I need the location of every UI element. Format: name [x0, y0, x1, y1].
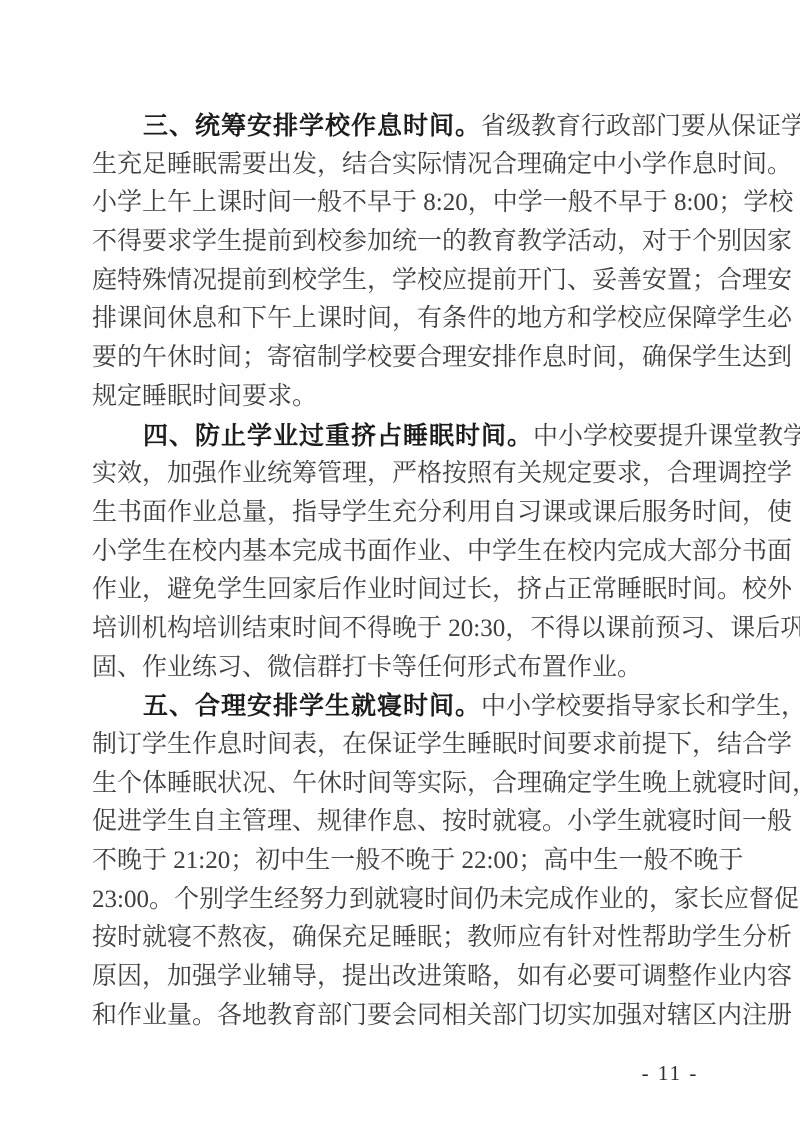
body-line: 小学生在校内基本完成书面作业、中学生在校内完成大部分书面	[92, 533, 710, 572]
section-4-heading-line: 四、防止学业过重挤占睡眠时间。中小学校要提升课堂教学	[92, 417, 710, 456]
section-4: 四、防止学业过重挤占睡眠时间。中小学校要提升课堂教学 实效，加强作业统筹管理，严…	[92, 417, 710, 688]
body-line: 按时就寝不熬夜，确保充足睡眠；教师应有针对性帮助学生分析	[92, 919, 710, 958]
body-line: 庭特殊情况提前到校学生，学校应提前开门、妥善安置；合理安	[92, 262, 710, 301]
section-3: 三、统筹安排学校作息时间。省级教育行政部门要从保证学 生充足睡眠需要出发，结合实…	[92, 107, 710, 417]
body-line: 要的午休时间；寄宿制学校要合理安排作息时间，确保学生达到	[92, 339, 710, 378]
body-line: 规定睡眠时间要求。	[92, 378, 710, 417]
body-line: 制订学生作息时间表，在保证学生睡眠时间要求前提下，结合学	[92, 726, 710, 765]
section-5-heading: 五、合理安排学生就寝时间。	[143, 692, 481, 720]
body-line: 和作业量。各地教育部门要会同相关部门切实加强对辖区内注册	[92, 997, 710, 1036]
scanned-document-page: 三、统筹安排学校作息时间。省级教育行政部门要从保证学 生充足睡眠需要出发，结合实…	[0, 0, 800, 1131]
section-3-heading: 三、统筹安排学校作息时间。	[143, 112, 481, 140]
body-line: 生个体睡眠状况、午休时间等实际，合理确定学生晚上就寝时间，	[92, 765, 710, 804]
section-3-heading-line: 三、统筹安排学校作息时间。省级教育行政部门要从保证学	[92, 107, 710, 146]
body-line: 23:00。个别学生经努力到就寝时间仍未完成作业的，家长应督促	[92, 881, 710, 920]
body-line: 培训机构培训结束时间不得晚于 20:30，不得以课前预习、课后巩	[92, 610, 710, 649]
body-line: 排课间休息和下午上课时间，有条件的地方和学校应保障学生必	[92, 300, 710, 339]
section-3-heading-rest: 省级教育行政部门要从保证学	[481, 113, 800, 140]
body-line: 不晚于 21:20；初中生一般不晚于 22:00；高中生一般不晚于	[92, 842, 710, 881]
section-5: 五、合理安排学生就寝时间。中小学校要指导家长和学生， 制订学生作息时间表，在保证…	[92, 687, 710, 1035]
body-line: 原因，加强学业辅导，提出改进策略，如有必要可调整作业内容	[92, 958, 710, 997]
section-5-heading-line: 五、合理安排学生就寝时间。中小学校要指导家长和学生，	[92, 687, 710, 726]
body-line: 生书面作业总量，指导学生充分利用自习课或课后服务时间，使	[92, 494, 710, 533]
body-line: 不得要求学生提前到校参加统一的教育教学活动，对于个别因家	[92, 223, 710, 262]
body-line: 促进学生自主管理、规律作息、按时就寝。小学生就寝时间一般	[92, 803, 710, 842]
section-4-heading-rest: 中小学校要提升课堂教学	[533, 423, 800, 450]
body-line: 小学上午上课时间一般不早于 8:20，中学一般不早于 8:00；学校	[92, 184, 710, 223]
body-line: 实效，加强作业统筹管理，严格按照有关规定要求，合理调控学	[92, 455, 710, 494]
page-number: - 11 -	[640, 1061, 700, 1086]
section-4-heading: 四、防止学业过重挤占睡眠时间。	[143, 422, 533, 450]
body-line: 固、作业练习、微信群打卡等任何形式布置作业。	[92, 649, 710, 688]
section-5-heading-rest: 中小学校要指导家长和学生，	[481, 693, 800, 720]
document-body: 三、统筹安排学校作息时间。省级教育行政部门要从保证学 生充足睡眠需要出发，结合实…	[92, 107, 710, 1036]
body-line: 生充足睡眠需要出发，结合实际情况合理确定中小学作息时间。	[92, 146, 710, 185]
body-line: 作业，避免学生回家后作业时间过长，挤占正常睡眠时间。校外	[92, 571, 710, 610]
